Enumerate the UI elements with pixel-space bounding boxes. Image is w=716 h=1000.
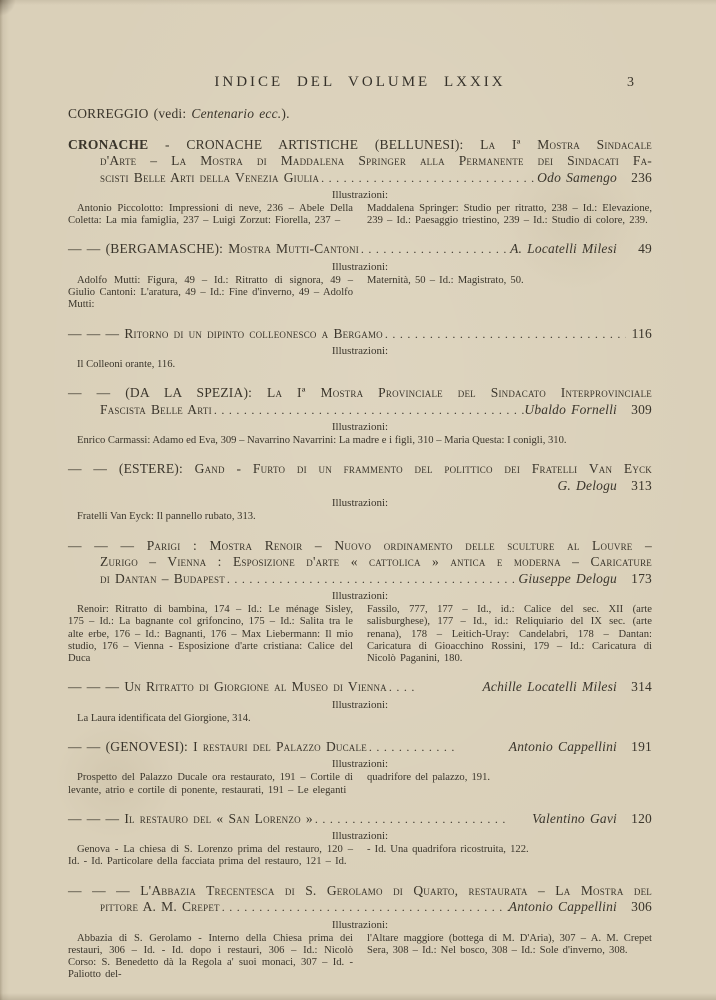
illustrations-text: Il Colleoni orante, 116. — [68, 359, 652, 371]
leader-dots: ........................................… — [225, 571, 518, 588]
entry-line: G. Delogu313 — [68, 478, 652, 495]
author-name: Valentino Gavi — [532, 811, 617, 828]
leader-dots: ............ — [367, 739, 509, 756]
illustrations-columns: Renoir: Ritratto di bambina, 174 – Id.: … — [68, 604, 652, 665]
author-name: Antonio Cappellini — [509, 739, 617, 756]
illustrations-block: Illustrazioni:Enrico Carmassi: Adamo ed … — [68, 420, 652, 447]
illustrations-label: Illustrazioni: — [68, 496, 652, 511]
entry-line: — — — Ritorno di un dipinto colleonesco … — [68, 326, 652, 343]
entry-text-segment: — — — — [68, 679, 124, 694]
illustrations-block: Illustrazioni:Prospetto del Palazzo Duca… — [68, 757, 652, 796]
entry-text-segment: La Iª Mostra Sindacale — [480, 137, 652, 152]
illustrations-text: Enrico Carmassi: Adamo ed Eva, 309 – Nav… — [68, 435, 652, 447]
entry-title: — — (GENOVESI): I restauri del Palazzo D… — [68, 739, 367, 756]
entry-line: d'Arte – La Mostra di Maddalena Springer… — [68, 153, 652, 170]
entry-line: — — — L'Abbazia Trecentesca di S. Gerola… — [68, 883, 652, 900]
entry-text-segment: — — — [68, 461, 119, 476]
illustrations-text: Maternità, 50 – Id.: Magistrato, 50. — [367, 275, 652, 312]
entry-text-segment: (GENOVESI): — [106, 739, 194, 754]
entry-title: pittore A. M. Crepet — [100, 899, 220, 916]
page-ref: 120 — [626, 811, 652, 828]
illustrations-label: Illustrazioni: — [68, 698, 652, 713]
illustrations-text: - Id. Una quadrifora ricostruita, 122. — [367, 844, 652, 868]
illustrations-text: Abbazia di S. Gerolamo - Interno della C… — [68, 933, 353, 982]
page-number: 3 — [627, 75, 634, 91]
entry-title: scisti Belle Arti della Venezia Giulia — [100, 170, 319, 187]
entry-text-segment: scisti Belle Arti della Venezia Giulia — [100, 170, 319, 185]
entry-line: — — — Parigi : Mostra Renoir – Nuovo ord… — [68, 538, 652, 555]
illustrations-columns: Abbazia di S. Gerolamo - Interno della C… — [68, 933, 652, 982]
toc-entry: — — (BERGAMASCHE): Mostra Mutti-Cantoni.… — [68, 241, 652, 311]
author-name: Giuseppe Delogu — [518, 571, 617, 588]
entry-text-segment: — — — [68, 241, 106, 256]
entry-text-segment: Parigi : Mostra Renoir – Nuovo ordinamen… — [147, 538, 652, 553]
illustrations-label: Illustrazioni: — [68, 420, 652, 435]
leader-dots: ........................................… — [319, 170, 537, 187]
entry-text-segment: — — — — [68, 326, 124, 341]
scanned-page: INDICE DEL VOLUME LXXIX 3 CORREGGIO (ved… — [0, 0, 716, 1000]
author-name: Antonio Cappellini — [509, 899, 617, 916]
entry-text-segment: Il restauro del « San Lorenzo » — [124, 811, 312, 826]
page-ref: 309 — [626, 402, 652, 419]
entry-line: di Dantan – Budapest....................… — [68, 571, 652, 588]
entry-text-segment: — — — [68, 385, 125, 400]
entry-line: — — (DA LA SPEZIA): La Iª Mostra Provinc… — [68, 385, 652, 402]
illustrations-label: Illustrazioni: — [68, 829, 652, 844]
illustrations-columns: Antonio Piccolotto: Impressioni di neve,… — [68, 203, 652, 227]
illustrations-label: Illustrazioni: — [68, 918, 652, 933]
author-name: G. Delogu — [557, 478, 617, 495]
page-ref: 173 — [626, 571, 652, 588]
entry-line: Fascista Belle Arti.....................… — [68, 402, 652, 419]
entry-text-segment: d'Arte – La Mostra di Maddalena Springer… — [100, 153, 652, 168]
illustrations-text: quadrifore del palazzo, 191. — [367, 772, 652, 796]
entry-text-segment: Un Ritratto di Giorgione al Museo di Vie… — [124, 679, 387, 694]
illustrations-label: Illustrazioni: — [68, 260, 652, 275]
entry-line: — — (ESTERE): Gand - Furto di un frammen… — [68, 461, 652, 478]
entry-title: — — — Un Ritratto di Giorgione al Museo … — [68, 679, 387, 696]
author-name: Odo Samengo — [537, 170, 617, 187]
toc-entry: — — (ESTERE): Gand - Furto di un frammen… — [68, 461, 652, 523]
illustrations-block: Illustrazioni:La Laura identificata del … — [68, 698, 652, 725]
illustrations-label: Illustrazioni: — [68, 757, 652, 772]
entry-line: scisti Belle Arti della Venezia Giulia..… — [68, 170, 652, 187]
entry-text-segment: Fascista Belle Arti — [100, 402, 212, 417]
toc-entries: CORREGGIO (vedi: Centenario ecc.).CRONAC… — [68, 106, 652, 981]
entry-text-segment: CRONACHE — [68, 137, 148, 152]
page-ref: 49 — [626, 241, 652, 258]
entry-line: — — (GENOVESI): I restauri del Palazzo D… — [68, 739, 652, 756]
toc-entry: CRONACHE - CRONACHE ARTISTICHE (BELLUNES… — [68, 137, 652, 228]
toc-entry: — — — Il restauro del « San Lorenzo »...… — [68, 811, 652, 869]
page-ref: 236 — [626, 170, 652, 187]
entry-text-segment: pittore A. M. Crepet — [100, 899, 220, 914]
entry-title: — — (BERGAMASCHE): Mostra Mutti-Cantoni — [68, 241, 359, 258]
page-header: INDICE DEL VOLUME LXXIX 3 — [68, 74, 652, 96]
leader-dots: .... — [387, 679, 483, 696]
toc-entry: — — — Ritorno di un dipinto colleonesco … — [68, 326, 652, 372]
entry-title: Fascista Belle Arti — [100, 402, 212, 419]
illustrations-block: Illustrazioni:Adolfo Mutti: Figura, 49 –… — [68, 260, 652, 312]
entry-text-segment: La Iª Mostra Provinciale del Sindacato I… — [267, 385, 652, 400]
page-ref: 191 — [626, 739, 652, 756]
entry-line: Zurigo – Vienna : Esposizione d'arte « c… — [68, 554, 652, 571]
entry-text-segment: di Dantan – Budapest — [100, 571, 225, 586]
entry-text-segment: (BERGAMASCHE): — [106, 241, 229, 256]
author-name: Achille Locatelli Milesi — [482, 679, 617, 696]
entry-text-segment: Centenario ecc. — [191, 106, 281, 121]
entry-text-segment: (ESTERE): — [119, 461, 195, 476]
toc-entry: CORREGGIO (vedi: Centenario ecc.). — [68, 106, 652, 123]
entry-line: CORREGGIO (vedi: Centenario ecc.). — [68, 106, 652, 123]
entry-text-segment: ). — [281, 106, 289, 121]
entry-line: CRONACHE - CRONACHE ARTISTICHE (BELLUNES… — [68, 137, 652, 154]
entry-text-segment: Mostra Mutti-Cantoni — [228, 241, 359, 256]
illustrations-text: Genova - La chiesa di S. Lorenzo prima d… — [68, 844, 353, 868]
toc-entry: — — — Parigi : Mostra Renoir – Nuovo ord… — [68, 538, 652, 666]
author-name: A. Locatelli Milesi — [510, 241, 617, 258]
illustrations-block: Illustrazioni:Renoir: Ritratto di bambin… — [68, 589, 652, 665]
page-ref: 313 — [626, 478, 652, 495]
entry-text-segment: CORREGGIO — [68, 106, 154, 121]
illustrations-text: Antonio Piccolotto: Impressioni di neve,… — [68, 203, 353, 227]
illustrations-block: Illustrazioni:Genova - La chiesa di S. L… — [68, 829, 652, 868]
illustrations-label: Illustrazioni: — [68, 589, 652, 604]
entry-line: pittore A. M. Crepet....................… — [68, 899, 652, 916]
page-title: INDICE DEL VOLUME LXXIX — [68, 74, 652, 91]
toc-entry: — — — Un Ritratto di Giorgione al Museo … — [68, 679, 652, 725]
entry-text-segment: — — — — [68, 811, 124, 826]
illustrations-label: Illustrazioni: — [68, 188, 652, 203]
illustrations-text: Fassilo, 777, 177 – Id., id.: Calice del… — [367, 604, 652, 665]
illustrations-text: Fratelli Van Eyck: Il pannello rubato, 3… — [68, 511, 652, 523]
entry-text-segment: - CRONACHE ARTISTICHE (BELLUNESI): — [148, 137, 480, 152]
illustrations-text: Renoir: Ritratto di bambina, 174 – Id.: … — [68, 604, 353, 665]
entry-title: — — — Ritorno di un dipinto colleonesco … — [68, 326, 383, 343]
page-ref: 116 — [626, 326, 652, 343]
entry-text-segment: — — — — [68, 538, 147, 553]
illustrations-columns: Genova - La chiesa di S. Lorenzo prima d… — [68, 844, 652, 868]
entry-title: di Dantan – Budapest — [100, 571, 225, 588]
illustrations-text: Prospetto del Palazzo Ducale ora restaur… — [68, 772, 353, 796]
entry-text-segment: Zurigo – Vienna : Esposizione d'arte « c… — [100, 554, 652, 569]
illustrations-block: Illustrazioni:Il Colleoni orante, 116. — [68, 344, 652, 371]
toc-entry: — — (DA LA SPEZIA): La Iª Mostra Provinc… — [68, 385, 652, 447]
leader-dots: ........................................… — [383, 326, 626, 343]
entry-text-segment: Ritorno di un dipinto colleonesco a Berg… — [124, 326, 383, 341]
illustrations-text: Maddalena Springer: Studio per ritratto,… — [367, 203, 652, 227]
entry-text-segment: I restauri del Palazzo Ducale — [193, 739, 367, 754]
entry-line: — — — Il restauro del « San Lorenzo »...… — [68, 811, 652, 828]
entry-text-segment: Gand - Furto di un frammento del politti… — [195, 461, 652, 476]
entry-text-segment: — — — — [68, 883, 140, 898]
illustrations-text: l'Altare maggiore (bottega di M. D'Aria)… — [367, 933, 652, 982]
entry-text-segment: (DA LA SPEZIA): — [125, 385, 267, 400]
entry-text-segment: (vedi: — [154, 106, 192, 121]
page-ref: 306 — [626, 899, 652, 916]
entry-line: — — — Un Ritratto di Giorgione al Museo … — [68, 679, 652, 696]
page-ref: 314 — [626, 679, 652, 696]
entry-title: — — — Il restauro del « San Lorenzo » — [68, 811, 313, 828]
toc-entry: — — (GENOVESI): I restauri del Palazzo D… — [68, 739, 652, 797]
author-name: Ubaldo Fornelli — [524, 402, 617, 419]
illustrations-block: Illustrazioni:Abbazia di S. Gerolamo - I… — [68, 918, 652, 982]
entry-text-segment: — — — [68, 739, 106, 754]
illustrations-text: La Laura identificata del Giorgione, 314… — [68, 713, 652, 725]
illustrations-label: Illustrazioni: — [68, 344, 652, 359]
illustrations-block: Illustrazioni:Fratelli Van Eyck: Il pann… — [68, 496, 652, 523]
leader-dots: ........................................… — [220, 899, 509, 916]
illustrations-text: Adolfo Mutti: Figura, 49 – Id.: Ritratto… — [68, 275, 353, 312]
leader-dots: .............................. — [359, 241, 510, 258]
illustrations-columns: Adolfo Mutti: Figura, 49 – Id.: Ritratto… — [68, 275, 652, 312]
toc-entry: — — — L'Abbazia Trecentesca di S. Gerola… — [68, 883, 652, 982]
entry-text-segment: L'Abbazia Trecentesca di S. Gerolamo di … — [140, 883, 652, 898]
entry-line: — — (BERGAMASCHE): Mostra Mutti-Cantoni.… — [68, 241, 652, 258]
leader-dots: ........................................… — [212, 402, 525, 419]
illustrations-columns: Prospetto del Palazzo Ducale ora restaur… — [68, 772, 652, 796]
illustrations-block: Illustrazioni:Antonio Piccolotto: Impres… — [68, 188, 652, 227]
leader-dots: .......................... — [313, 811, 532, 828]
